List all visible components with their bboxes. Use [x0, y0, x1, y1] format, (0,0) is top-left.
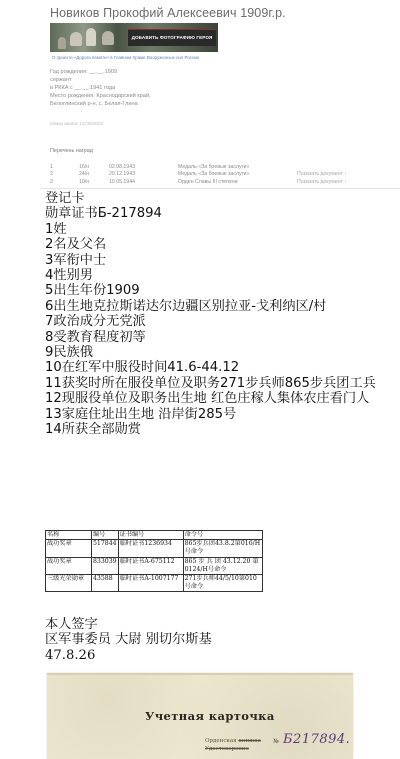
field-rank: 3军衔中士 [45, 253, 395, 268]
cell-order: 271步兵师44/5/10第010号命令 [183, 575, 262, 592]
table-header-row: 名称 编号 证书编号 命令号 [46, 531, 263, 540]
rank: сержант [50, 76, 151, 84]
project-link[interactable]: О проекте «Дорога памяти» в Главном Храм… [52, 55, 199, 60]
church-dome-icon [102, 31, 114, 45]
card-title: 登记卡 [45, 191, 395, 206]
field-name: 2名及父名 [45, 237, 395, 252]
field-surname: 1姓 [45, 222, 395, 237]
scan-order-book-label: Орденская книжка [205, 738, 261, 744]
award-name: Орден Славы III степени [178, 179, 238, 185]
cell-number: 833039 [92, 557, 119, 574]
birthplace-line-1: Место рождения: Краснодарский край, [50, 92, 151, 100]
award-code: 16/н [79, 164, 89, 170]
cell-name: 战功奖章 [46, 557, 92, 574]
cell-order: 865 步 兵 团 43.12.20 第0124/H号命令 [183, 557, 262, 574]
award-date: 10.05.1944 [109, 179, 135, 185]
scan-certificate-label: Удостоверение [205, 746, 249, 752]
scanned-record-card: Учетная карточка Орденская книжка Удосто… [47, 673, 353, 759]
show-document-link[interactable]: Показать документ › [297, 171, 346, 177]
add-hero-photo-button[interactable]: ДОБАВИТЬ ФОТОГРАФИЮ ГЕРОЯ [128, 29, 216, 46]
award-code: 24/н [79, 171, 89, 177]
show-document-link[interactable]: Показать документ › [297, 179, 346, 185]
cell-order: 865步兵团43.8.2第016/H号命令 [183, 540, 262, 557]
header-name: 名称 [46, 531, 92, 540]
church-dome-icon [58, 37, 66, 49]
awards-table: 名称 编号 证书编号 命令号 战功奖章 517844 临时证书1236934 8… [45, 530, 263, 592]
award-number: 3 [50, 179, 53, 185]
hero-title: Новиков Прокофий Алексеевич 1909г.р. [50, 6, 286, 20]
scan-handwritten-number: Б217894. [283, 732, 350, 747]
order-book-number: 勋章证书Б-217894 [45, 206, 395, 221]
field-education: 8受教育程度初等 [45, 330, 395, 345]
signing-official: 区军事委员 大尉 别切尔斯基 [45, 632, 212, 647]
award-row: 3 10/н 10.05.1944 Орден Славы III степен… [50, 179, 395, 186]
birth-year: Год рождения: __.__.1909 [50, 68, 151, 76]
field-all-awards: 14所获全部勋赏 [45, 422, 395, 437]
award-date: 20.12.1943 [109, 171, 135, 177]
awards-heading: Перечень наград [50, 148, 93, 154]
field-party: 7政治成分无党派 [45, 314, 395, 329]
field-service-period: 10在红军中服役时间41.6-44.12 [45, 360, 395, 375]
cell-certificate: 临时证书A-675112 [118, 557, 183, 574]
award-row: 1 16/н 02.08.1943 Медаль «За боевые засл… [50, 164, 395, 171]
record-card-translation: 登记卡 勋章证书Б-217894 1姓 2名及父名 3军衔中士 4性别男 5出生… [45, 191, 395, 438]
header-order: 命令号 [183, 531, 262, 540]
hero-info: Год рождения: __.__.1909 сержант в РККА … [50, 68, 151, 108]
church-dome-icon [86, 28, 96, 46]
memorial-web-page: Новиков Прокофий Алексеевич 1909г.р. ДОБ… [0, 0, 400, 190]
field-sex: 4性别男 [45, 268, 395, 283]
cell-name: 三级光荣勋章 [46, 575, 92, 592]
cell-certificate: 临时证书A-1007177 [118, 575, 183, 592]
field-birthplace: 6出生地克拉斯诺达尔边疆区别拉亚-戈利纳区/村 [45, 299, 395, 314]
record-number: Номер записи: 1274833202 [50, 121, 103, 126]
field-home-address: 13家庭住址出生地 沿岸街285号 [45, 407, 395, 422]
header-certificate: 证书编号 [118, 531, 183, 540]
table-row: 战功奖章 517844 临时证书1236934 865步兵团43.8.2第016… [46, 540, 263, 557]
scan-title: Учетная карточка [145, 709, 275, 723]
signature-label: 本人签字 [45, 617, 212, 632]
header-number: 编号 [92, 531, 119, 540]
cell-certificate: 临时证书1236934 [118, 540, 183, 557]
hero-banner: ДОБАВИТЬ ФОТОГРАФИЮ ГЕРОЯ [50, 23, 218, 52]
scan-number-sign: № [273, 738, 279, 745]
signature-date: 47.8.26 [45, 648, 212, 663]
divider [40, 188, 400, 189]
table-row: 战功奖章 833039 临时证书A-675112 865 步 兵 团 43.12… [46, 557, 263, 574]
cell-number: 517844 [92, 540, 119, 557]
award-date: 02.08.1943 [109, 164, 135, 170]
award-row: 2 24/н 20.12.1943 Медаль «За боевые засл… [50, 171, 395, 178]
scan-order-label: Орденская [205, 738, 238, 744]
scan-book-label: книжка [238, 738, 261, 744]
field-nationality: 9民族俄 [45, 345, 395, 360]
field-unit-at-award: 11获奖时所在服役单位及职务271步兵师865步兵团工兵 [45, 376, 395, 391]
cell-number: 43588 [92, 575, 119, 592]
award-name: Медаль «За боевые заслуги» [178, 171, 249, 177]
cell-name: 战功奖章 [46, 540, 92, 557]
award-number: 1 [50, 164, 53, 170]
service-start: в РККА с __.__.1941 года [50, 84, 151, 92]
signature-block: 本人签字 区军事委员 大尉 别切尔斯基 47.8.26 [45, 617, 212, 663]
awards-list: 1 16/н 02.08.1943 Медаль «За боевые засл… [50, 164, 395, 186]
table-row: 三级光荣勋章 43588 临时证书A-1007177 271步兵师44/5/10… [46, 575, 263, 592]
award-number: 2 [50, 171, 53, 177]
birthplace-line-2: Белоглинский р-н, с. Белая-Глина [50, 100, 151, 108]
field-birth-year: 5出生年份1909 [45, 283, 395, 298]
field-current-unit: 12现服役单位及职务出生地 红色庄稼人集体农庄看门人 [45, 391, 395, 406]
award-name: Медаль «За боевые заслуги» [178, 164, 249, 170]
award-code: 10/н [79, 179, 89, 185]
church-dome-icon [70, 32, 82, 46]
